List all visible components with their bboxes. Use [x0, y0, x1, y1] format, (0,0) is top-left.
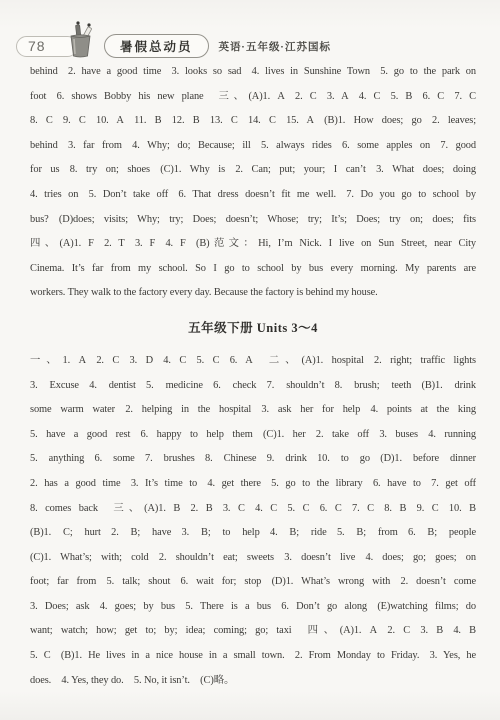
answer-text-line: for us 8. try on; shoes (C)1. Why is 2. …: [30, 158, 476, 183]
answer-text-line: 3. Does; ask 4. goes; by bus 5. There is…: [30, 595, 476, 620]
section-title: 五年级下册 Units 3～4: [30, 319, 476, 337]
answer-text-line: foot 6. shows Bobby his new plane 三、(A)1…: [30, 85, 476, 110]
answer-text-line: behind 3. far from 4. Why; do; Because; …: [30, 134, 476, 159]
answer-text-line: 8. comes back 三、(A)1. B 2. B 3. C 4. C 5…: [30, 497, 476, 522]
pencil-cup-icon: [62, 18, 100, 62]
answer-text-line: some warm water 2. helping in the hospit…: [30, 398, 476, 423]
answer-text-line: bus? (D)does; visits; Why; try; Does; do…: [30, 208, 476, 233]
answer-text-line: 一、1. A 2. C 3. D 4. C 5. C 6. A 二、(A)1. …: [30, 349, 476, 374]
answer-text-line: 5. C (B)1. He lives in a nice house in a…: [30, 644, 476, 669]
answer-key-body: behind 2. have a good time 3. looks so s…: [30, 60, 476, 693]
answer-text-line: does. 4. Yes, they do. 5. No, it isn’t. …: [30, 669, 476, 694]
answer-text-line: want; watch; how; get to; by; idea; comi…: [30, 619, 476, 644]
answer-text-line: 3. Excuse 4. dentist 5. medicine 6. chec…: [30, 374, 476, 399]
answer-text-line: 8. C 9. C 10. A 11. B 12. B 13. C 14. C …: [30, 109, 476, 134]
answer-text-line: (C)1. What’s; with; cold 2. shouldn’t ea…: [30, 546, 476, 571]
answer-text-line: 2. has a good time 3. It’s time to 4. ge…: [30, 472, 476, 497]
workbook-answer-page: 78 暑假总动员 英语·五年级·江苏国标 behind 2. have a go…: [0, 0, 500, 720]
edition-label: 英语·五年级·江苏国标: [219, 39, 332, 54]
answer-text-line: foot; far from 5. talk; shout 6. wait fo…: [30, 570, 476, 595]
answer-text-line: (B)1. C; hurt 2. B; have 3. B; to help 4…: [30, 521, 476, 546]
page-header: 78 暑假总动员 英语·五年级·江苏国标: [16, 28, 486, 64]
page-number: 78: [28, 38, 46, 54]
brand-title: 暑假总动员: [120, 37, 193, 55]
answers-units-1-2-continued: behind 2. have a good time 3. looks so s…: [30, 60, 476, 306]
answers-units-3-4: 一、1. A 2. C 3. D 4. C 5. C 6. A 二、(A)1. …: [30, 349, 476, 693]
answer-text-line: 5. have a good rest 6. happy to help the…: [30, 423, 476, 448]
answer-text-line: 5. anything 6. some 7. brushes 8. Chines…: [30, 447, 476, 472]
answer-text-line: behind 2. have a good time 3. looks so s…: [30, 60, 476, 85]
answer-text-line: Cinema. It’s far from my school. So I go…: [30, 257, 476, 282]
brand-badge: 暑假总动员: [104, 34, 209, 58]
answer-text-line: 4. tries on 5. Don’t take off 6. That dr…: [30, 183, 476, 208]
answer-text-line: workers. They walk to the factory every …: [30, 281, 476, 306]
answer-text-line: 四、(A)1. F 2. T 3. F 4. F (B)范文：Hi, I’m N…: [30, 232, 476, 257]
